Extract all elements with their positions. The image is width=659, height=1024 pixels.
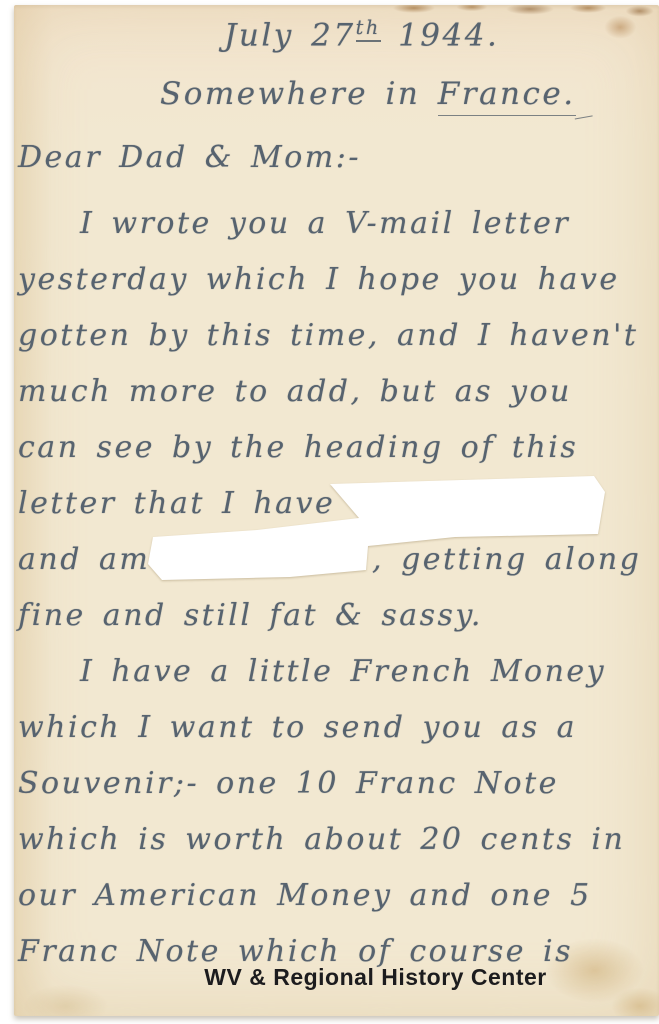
- letter-line: which I want to send you as a: [18, 700, 649, 756]
- letter-line: our American Money and one 5: [18, 868, 649, 924]
- letter-line: I have a little French Money: [18, 644, 649, 700]
- location-underlined-word: France.: [438, 76, 576, 116]
- censor-cutout-patch: [140, 470, 610, 588]
- scanned-letter-page: July 27th 1944. Somewhere in France. Dea…: [0, 0, 659, 1024]
- line-text-before-cutout: and am: [18, 542, 150, 577]
- letter-line: I wrote you a V-mail letter: [18, 196, 649, 252]
- letter-line: much more to add, but as you: [18, 364, 649, 420]
- watermark-label: WV & Regional History Center: [0, 964, 659, 991]
- letter-line: Souvenir;- one 10 Franc Note: [18, 756, 649, 812]
- location-text: Somewhere in: [160, 76, 438, 112]
- letter-body: I wrote you a V-mail letter yesterday wh…: [18, 196, 649, 980]
- letter-salutation: Dear Dad & Mom:-: [18, 140, 361, 175]
- date-day: July 27: [224, 17, 356, 53]
- date-year: 1944.: [381, 17, 500, 53]
- date-ordinal-superscript: th: [356, 16, 381, 42]
- letter-location: Somewhere in France.: [160, 76, 576, 112]
- letter-line: which is worth about 20 cents in: [18, 812, 649, 868]
- letter-line: gotten by this time, and I haven't: [18, 308, 649, 364]
- letter-date: July 27th 1944.: [224, 16, 499, 53]
- letter-line: fine and still fat & sassy.: [18, 588, 649, 644]
- letter-line: yesterday which I hope you have: [18, 252, 649, 308]
- letter-line: can see by the heading of this: [18, 420, 649, 476]
